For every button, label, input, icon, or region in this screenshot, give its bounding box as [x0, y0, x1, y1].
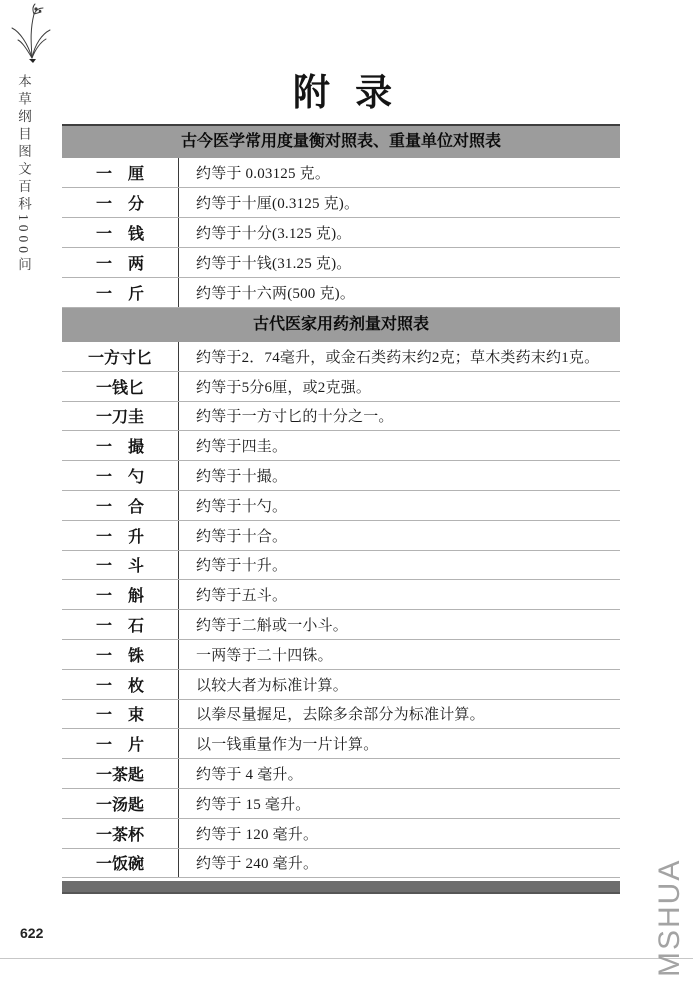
value-cell: 约等于四圭。 — [179, 431, 620, 460]
unit-cell: 一方寸匕 — [62, 342, 179, 371]
value-cell: 约等于5分6厘，或2克强。 — [179, 372, 620, 401]
value-cell: 约等于一方寸匕的十分之一。 — [179, 402, 620, 431]
table-row: 一 钱 约等于十分(3.125 克)。 — [62, 218, 620, 248]
value-cell: 约等于 4 毫升。 — [179, 759, 620, 788]
table-row: 一饭碗 约等于 240 毫升。 — [62, 849, 620, 879]
book-page: 本草纲目图文百科1000问 附 录 古今医学常用度量衡对照表、重量单位对照表 一… — [0, 0, 693, 1001]
value-cell: 约等于十六两(500 克)。 — [179, 278, 620, 307]
value-cell: 约等于十钱(31.25 克)。 — [179, 248, 620, 277]
unit-cell: 一 升 — [62, 521, 179, 550]
table-row: 一 枚 以较大者为标准计算。 — [62, 670, 620, 700]
unit-cell: 一茶杯 — [62, 819, 179, 848]
value-cell: 以一钱重量作为一片计算。 — [179, 729, 620, 758]
table-row: 一钱匕 约等于5分6厘，或2克强。 — [62, 372, 620, 402]
table-row: 一 束 以拳尽量握足，去除多余部分为标准计算。 — [62, 700, 620, 730]
table-row: 一汤匙 约等于 15 毫升。 — [62, 789, 620, 819]
unit-cell: 一 石 — [62, 610, 179, 639]
value-cell: 以较大者为标准计算。 — [179, 670, 620, 699]
value-cell: 约等于 240 毫升。 — [179, 849, 620, 878]
unit-cell: 一汤匙 — [62, 789, 179, 818]
table-row: 一 铢 一两等于二十四铢。 — [62, 640, 620, 670]
unit-cell: 一 两 — [62, 248, 179, 277]
unit-cell: 一 斛 — [62, 580, 179, 609]
table-row: 一 合 约等于十勺。 — [62, 491, 620, 521]
unit-cell: 一 勺 — [62, 461, 179, 490]
unit-cell: 一饭碗 — [62, 849, 179, 878]
unit-cell: 一 铢 — [62, 640, 179, 669]
value-cell: 约等于 120 毫升。 — [179, 819, 620, 848]
value-cell: 约等于五斗。 — [179, 580, 620, 609]
table-row: 一茶匙 约等于 4 毫升。 — [62, 759, 620, 789]
table-row: 一 升 约等于十合。 — [62, 521, 620, 551]
plant-sketch-icon — [8, 2, 54, 64]
value-cell: 约等于 15 毫升。 — [179, 789, 620, 818]
unit-cell: 一刀圭 — [62, 402, 179, 431]
watermark-text: MSHUA — [653, 859, 687, 977]
unit-cell: 一 斤 — [62, 278, 179, 307]
table-bottom-bar — [62, 881, 620, 894]
value-cell: 约等于二斛或一小斗。 — [179, 610, 620, 639]
value-cell: 约等于2．74毫升，或金石类药末约2克；草木类药末约1克。 — [179, 342, 620, 371]
table-row: 一 撮 约等于四圭。 — [62, 431, 620, 461]
unit-cell: 一 分 — [62, 188, 179, 217]
table1-header: 古今医学常用度量衡对照表、重量单位对照表 — [62, 124, 620, 158]
table-row: 一刀圭 约等于一方寸匕的十分之一。 — [62, 402, 620, 432]
table2-header: 古代医家用药剂量对照表 — [62, 308, 620, 342]
unit-cell: 一 斗 — [62, 551, 179, 580]
table-row: 一 分 约等于十厘(0.3125 克)。 — [62, 188, 620, 218]
unit-cell: 一 撮 — [62, 431, 179, 460]
value-cell: 约等于十厘(0.3125 克)。 — [179, 188, 620, 217]
unit-cell: 一 片 — [62, 729, 179, 758]
unit-cell: 一 合 — [62, 491, 179, 520]
unit-cell: 一 钱 — [62, 218, 179, 247]
conversion-tables: 古今医学常用度量衡对照表、重量单位对照表 一 厘 约等于 0.03125 克。 … — [62, 124, 620, 894]
table-row: 一 两 约等于十钱(31.25 克)。 — [62, 248, 620, 278]
unit-cell: 一茶匙 — [62, 759, 179, 788]
value-cell: 以拳尽量握足，去除多余部分为标准计算。 — [179, 700, 620, 729]
table-row: 一茶杯 约等于 120 毫升。 — [62, 819, 620, 849]
table-row: 一方寸匕 约等于2．74毫升，或金石类药末约2克；草木类药末约1克。 — [62, 342, 620, 372]
value-cell: 约等于十撮。 — [179, 461, 620, 490]
table2-rows: 一方寸匕 约等于2．74毫升，或金石类药末约2克；草木类药末约1克。 一钱匕 约… — [62, 342, 620, 878]
table-row: 一 勺 约等于十撮。 — [62, 461, 620, 491]
page-number: 622 — [20, 925, 43, 941]
table-row: 一 斗 约等于十升。 — [62, 551, 620, 581]
footer-rule — [0, 958, 693, 959]
unit-cell: 一钱匕 — [62, 372, 179, 401]
table-row: 一 斤 约等于十六两(500 克)。 — [62, 278, 620, 308]
unit-cell: 一 枚 — [62, 670, 179, 699]
page-title: 附 录 — [0, 62, 693, 116]
table1-rows: 一 厘 约等于 0.03125 克。 一 分 约等于十厘(0.3125 克)。 … — [62, 158, 620, 308]
table-row: 一 石 约等于二斛或一小斗。 — [62, 610, 620, 640]
table-row: 一 厘 约等于 0.03125 克。 — [62, 158, 620, 188]
value-cell: 一两等于二十四铢。 — [179, 640, 620, 669]
value-cell: 约等于十升。 — [179, 551, 620, 580]
value-cell: 约等于 0.03125 克。 — [179, 158, 620, 187]
value-cell: 约等于十分(3.125 克)。 — [179, 218, 620, 247]
value-cell: 约等于十勺。 — [179, 491, 620, 520]
table-row: 一 斛 约等于五斗。 — [62, 580, 620, 610]
value-cell: 约等于十合。 — [179, 521, 620, 550]
unit-cell: 一 厘 — [62, 158, 179, 187]
unit-cell: 一 束 — [62, 700, 179, 729]
table-row: 一 片 以一钱重量作为一片计算。 — [62, 729, 620, 759]
